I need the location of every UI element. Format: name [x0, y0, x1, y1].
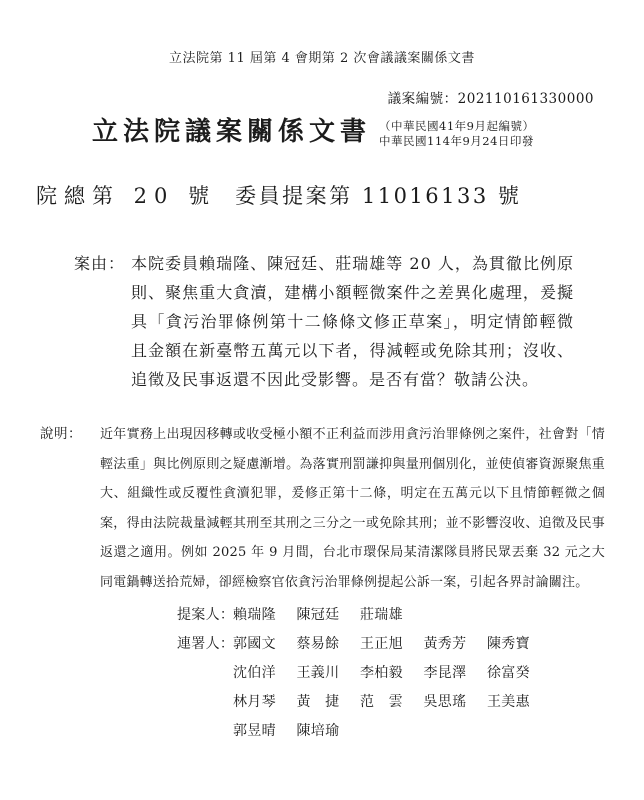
title-note-compile-date: （中華民國41年9月起編號） [379, 119, 534, 134]
proposer-name: 莊瑞雄 [360, 604, 424, 624]
proposer-name: 陳冠廷 [297, 604, 361, 624]
cosigner-name: 黃 捷 [297, 691, 361, 711]
cosigner-row: 林月琴 黃 捷 范 雲 吳思瑤 王美惠 [177, 687, 551, 716]
proposal-number: 委員提案第 11016133 號 [235, 184, 521, 208]
bill-number-value: 202110161330000 [458, 91, 594, 107]
cosigner-row: 沈伯洋 王義川 李柏毅 李昆澤 徐富癸 [177, 657, 551, 686]
cosigner-name: 李柏毅 [360, 662, 424, 682]
cosigner-name: 王義川 [297, 662, 361, 682]
bill-number-label: 議案編號： [388, 91, 458, 107]
cosigner-name: 陳培瑜 [297, 720, 361, 740]
cosigner-label: 連署人： [177, 633, 233, 653]
title-notes: （中華民國41年9月起編號） 中華民國114年9月24日印發 [379, 119, 534, 148]
proposer-name: 賴瑞隆 [233, 604, 297, 624]
proposer-row: 提案人： 賴瑞隆 陳冠廷 莊瑞雄 [177, 599, 551, 628]
cosigner-row: 連署人： 郭國文 蔡易餘 王正旭 黃秀芳 陳秀寶 [177, 628, 551, 657]
case-body: 本院委員賴瑞隆、陳冠廷、莊瑞雄等 20 人，為貫徹比例原則、聚焦重大貪瀆，建構小… [131, 249, 574, 394]
cosigner-name: 郭昱晴 [233, 720, 297, 740]
general-number-row: 院總第 20 號 委員提案第 11016133 號 [36, 180, 521, 210]
proposer-label: 提案人： [177, 604, 233, 624]
explanation-label: 說明： [40, 420, 100, 450]
cosigner-name: 吳思瑤 [424, 691, 488, 711]
explanation-section: 說明： 近年實務上出現因移轉或收受極小額不正利益而涉用貪污治罪條例之案件，社會對… [40, 420, 605, 597]
cosigner-name: 李昆澤 [424, 662, 488, 682]
document-page: 立法院第 11 屆第 4 會期第 2 次會議議案關係文書 議案編號：202110… [0, 0, 644, 800]
cosigner-name: 蔡易餘 [297, 633, 361, 653]
cosigner-name: 黃秀芳 [424, 633, 488, 653]
cosigner-name: 郭國文 [233, 633, 297, 653]
signers-section: 提案人： 賴瑞隆 陳冠廷 莊瑞雄 連署人： 郭國文 蔡易餘 王正旭 黃秀芳 陳秀… [177, 599, 551, 745]
cosigner-name: 王正旭 [360, 633, 424, 653]
document-title: 立法院議案關係文書 [92, 114, 371, 150]
cosigner-row: 郭昱晴 陳培瑜 [177, 716, 551, 745]
cosigner-name: 徐富癸 [487, 662, 551, 682]
cosigner-name: 王美惠 [487, 691, 551, 711]
case-label: 案由： [74, 249, 131, 278]
title-row: 立法院議案關係文書 （中華民國41年9月起編號） 中華民國114年9月24日印發 [92, 114, 534, 150]
cosigner-name: 范 雲 [360, 691, 424, 711]
cosigner-name: 沈伯洋 [233, 662, 297, 682]
cosigner-name: 陳秀寶 [487, 633, 551, 653]
cosigner-name: 林月琴 [233, 691, 297, 711]
general-number: 院總第 20 號 [36, 184, 216, 208]
case-section: 案由： 本院委員賴瑞隆、陳冠廷、莊瑞雄等 20 人，為貫徹比例原則、聚焦重大貪瀆… [74, 249, 574, 394]
session-header: 立法院第 11 屆第 4 會期第 2 次會議議案關係文書 [0, 47, 644, 66]
explanation-body: 近年實務上出現因移轉或收受極小額不正利益而涉用貪污治罪條例之案件，社會對「情輕法… [100, 420, 605, 597]
title-note-print-date: 中華民國114年9月24日印發 [379, 134, 534, 149]
bill-number-line: 議案編號：202110161330000 [388, 87, 594, 107]
